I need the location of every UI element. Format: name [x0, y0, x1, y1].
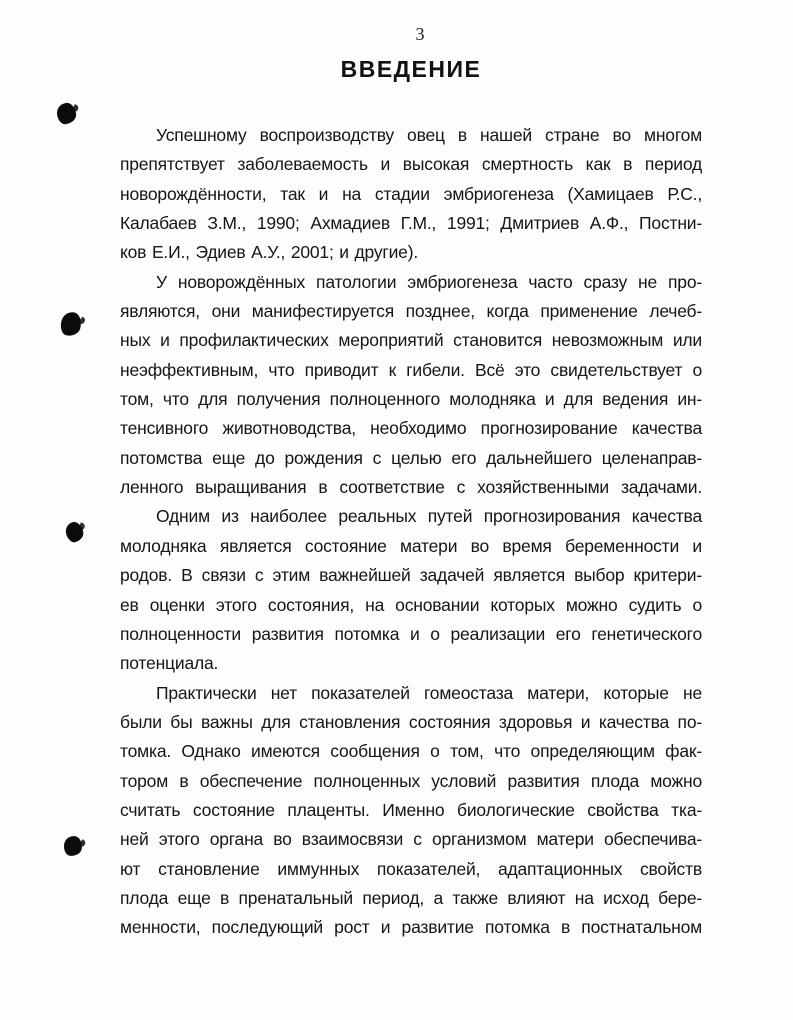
text-line: родов. В связи с этим важнейшей задачей …	[120, 561, 702, 590]
text-line: Практически нет показателей гомеостаза м…	[120, 679, 702, 708]
text-line: потомства еще до рождения с целью его да…	[120, 444, 702, 473]
text-line: плода еще в пренатальный период, а также…	[120, 884, 702, 913]
text-line: потенциала.	[120, 649, 702, 678]
text-line: ев оценки этого состояния, на основании …	[120, 591, 702, 620]
section-heading: ВВЕДЕНИЕ	[120, 56, 702, 83]
text-line: ных и профилактических мероприятий стано…	[120, 326, 702, 355]
text-line: томка. Однако имеются сообщения о том, ч…	[120, 737, 702, 766]
ink-blot-artifact	[64, 520, 86, 544]
ink-blot-artifact	[56, 102, 78, 125]
text-line: полноценности развития потомка и о реали…	[120, 620, 702, 649]
text-body: Успешному воспроизводству овец в нашей с…	[120, 121, 702, 943]
ink-blot-artifact	[63, 835, 83, 856]
text-line: ней этого органа во взаимосвязи с органи…	[120, 825, 702, 854]
text-line: неэффективным, что приводит к гибели. Вс…	[120, 356, 702, 385]
text-line: ленного выращивания в соответствие с хоз…	[120, 473, 702, 502]
text-line: менности, последующий рост и развитие по…	[120, 913, 702, 942]
text-line: Одним из наиболее реальных путей прогноз…	[120, 502, 702, 531]
text-line: ков Е.И., Эдиев А.У., 2001; и другие).	[120, 238, 702, 267]
scanned-document-page: 3 ВВЕДЕНИЕ Успешному воспроизводству ове…	[0, 0, 793, 1020]
text-line: считать состояние плаценты. Именно биоло…	[120, 796, 702, 825]
text-line: Успешному воспроизводству овец в нашей с…	[120, 121, 702, 150]
page-number: 3	[120, 24, 720, 45]
text-line: Калабаев З.М., 1990; Ахмадиев Г.М., 1991…	[120, 209, 702, 238]
text-line: молодняка является состояние матери во в…	[120, 532, 702, 561]
text-line: тенсивного животноводства, необходимо пр…	[120, 414, 702, 443]
ink-blot-artifact	[59, 310, 84, 338]
text-line: препятствует заболеваемость и высокая см…	[120, 150, 702, 179]
text-line: являются, они манифестируется позднее, к…	[120, 297, 702, 326]
text-line: были бы важны для становления состояния …	[120, 708, 702, 737]
text-line: тором в обеспечение полноценных условий …	[120, 767, 702, 796]
text-line: У новорождённых патологии эмбриогенеза ч…	[120, 268, 702, 297]
text-line: новорождённости, так и на стадии эмбриог…	[120, 180, 702, 209]
text-line: ют становление иммунных показателей, ада…	[120, 855, 702, 884]
text-line: том, что для получения полноценного моло…	[120, 385, 702, 414]
